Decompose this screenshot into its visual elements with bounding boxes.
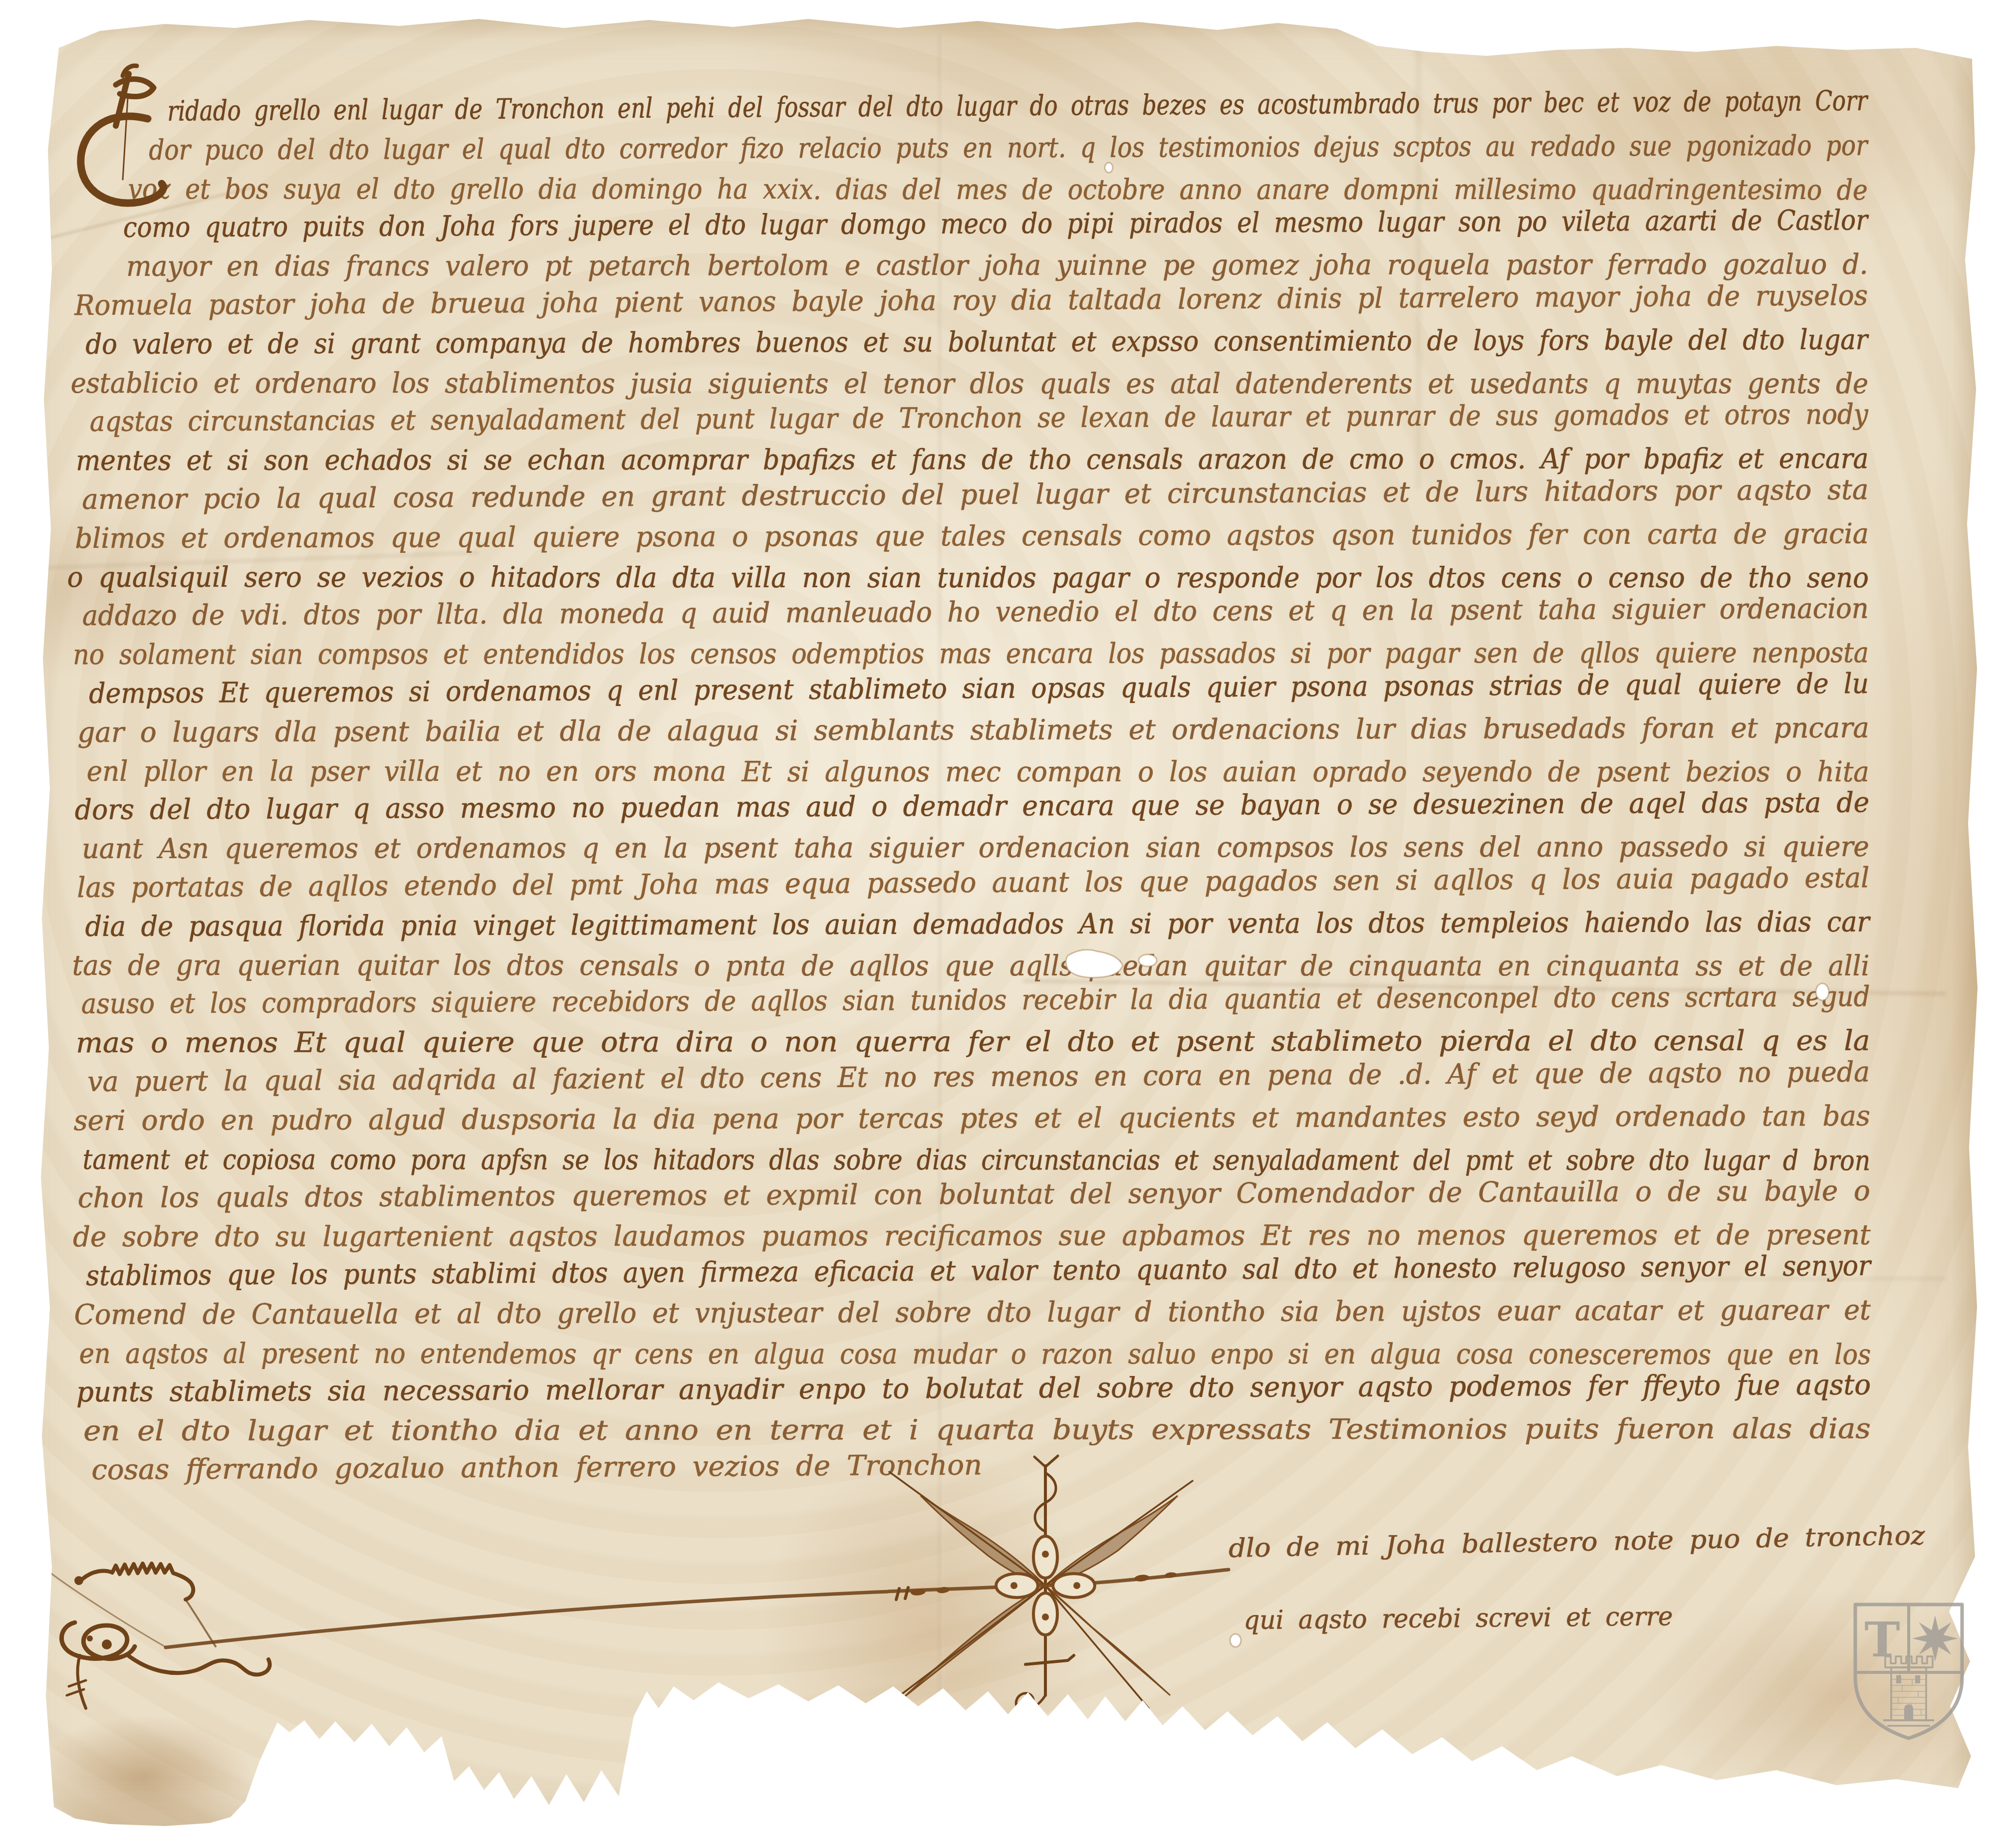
watermark-tower-icon (1883, 1656, 1934, 1726)
page-background: ridado grello enl lugar de Tronchon enl … (0, 0, 1996, 1848)
watermark-shield-icon: T (1855, 1605, 1962, 1738)
watermark-star-icon (1912, 1616, 1958, 1661)
watermark-layer: T (0, 0, 1996, 1848)
watermark-letter: T (1864, 1612, 1900, 1668)
